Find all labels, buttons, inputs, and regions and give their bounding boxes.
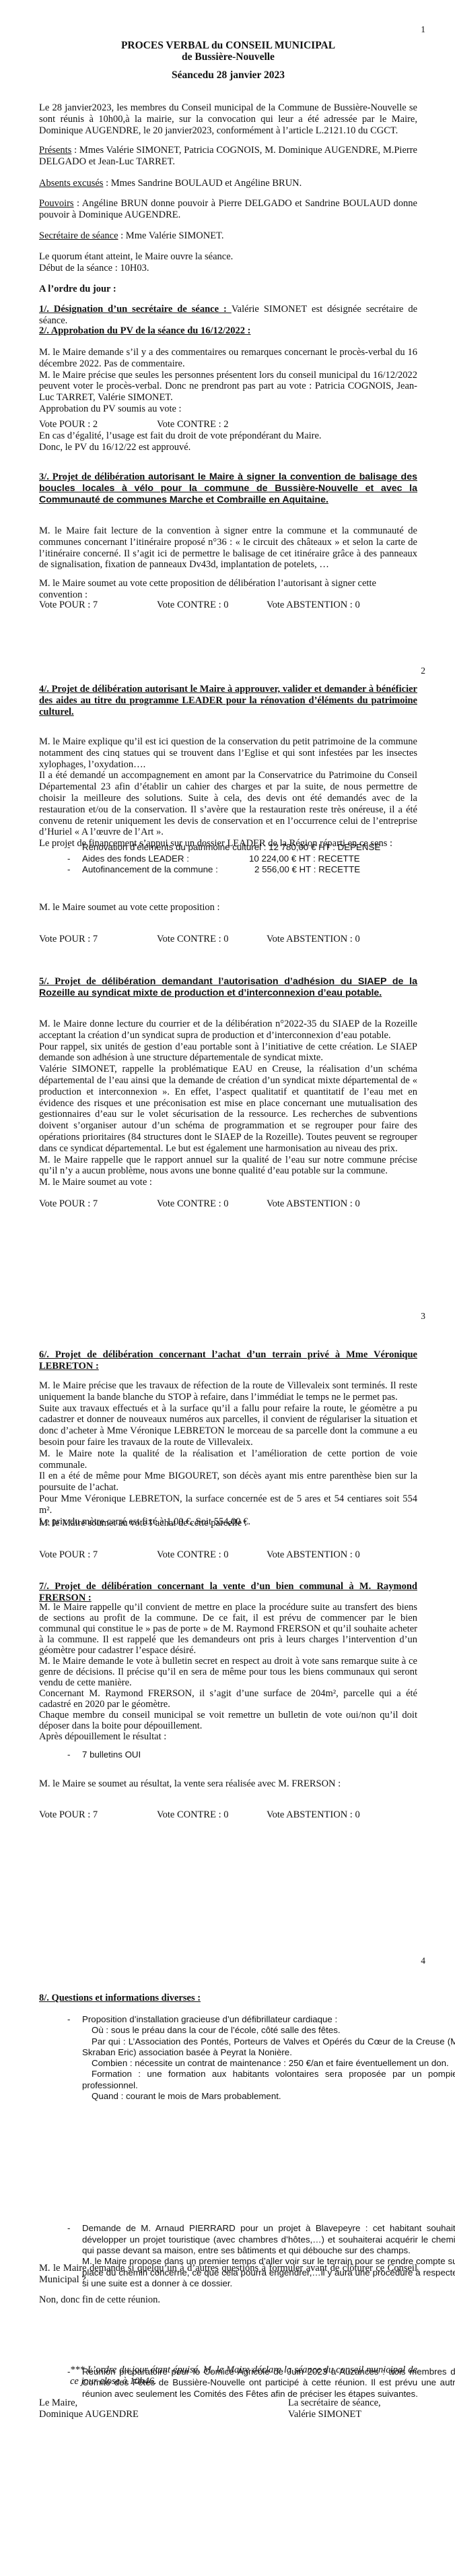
budget-item-label: Aides des fonds LEADER : [82, 854, 189, 864]
signature-maire: Le Maire, Dominique AUGENDRE [39, 2397, 241, 2420]
section-7-p4: Chaque membre du conseil municipal se vo… [39, 1710, 417, 1731]
section-4-body: M. le Maire explique qu’il est ici quest… [39, 736, 417, 849]
section-7-title: 7/. Projet de délibération concernant la… [39, 1581, 417, 1604]
section-5-p3: Valérie SIMONET, rappelle la problématiq… [39, 1064, 417, 1154]
section-6-p3: M. le Maire note la qualité de la réalis… [39, 1448, 417, 1471]
section-6-title: 6/. Projet de délibération concernant l’… [39, 1349, 417, 1372]
ballot-result-text: 7 bulletins OUI [82, 1749, 141, 1760]
budget-item-value: : DEPENSE [332, 842, 380, 852]
section-4-p2: Il a été demandé un accompagnement en am… [39, 770, 417, 838]
section-5-p4: M. le Maire rappelle que le rapport annu… [39, 1155, 417, 1178]
defibrillator-intro: Proposition d’installation gracieuse d’u… [82, 2014, 455, 2025]
page-number: 2 [404, 666, 425, 677]
vote-contre: Vote CONTRE : 0 [157, 600, 267, 611]
section-5-p5: M. le Maire soumet au vote : [39, 1177, 417, 1188]
page-number: 3 [404, 1311, 425, 1322]
vote-abstention: Vote ABSTENTION : 0 [267, 1809, 360, 1821]
closing-question: M. le Maire demande si quelqu’un à d’aut… [39, 2263, 417, 2286]
section-5-p1: M. le Maire donne lecture du courrier et… [39, 1019, 417, 1041]
signature-maire-label: Le Maire, [39, 2397, 241, 2409]
vote-pour: Vote POUR : 7 [39, 934, 157, 945]
document-title-line1: PROCES VERBAL du CONSEIL MUNICIPAL [39, 40, 417, 52]
section-4-p1: M. le Maire explique qu’il est ici quest… [39, 736, 417, 770]
dash-bullet-icon: - [67, 854, 70, 865]
vote-row-section-6: Vote POUR : 7Vote CONTRE : 0Vote ABSTENT… [39, 1549, 417, 1561]
dash-bullet-icon: - [67, 2223, 70, 2234]
section-7-p3: Concernant M. Raymond FRERSON, il s’agit… [39, 1688, 417, 1710]
defibrillator-ou: Où : sous le préau dans la cour de l’éco… [82, 2025, 455, 2036]
section-5-p2: Pour rappel, six unités de gestion d’eau… [39, 1041, 417, 1064]
section-6-body: M. le Maire précise que les travaux de r… [39, 1380, 417, 1527]
absents-text: : Mmes Sandrine BOULAUD et Angéline BRUN… [103, 178, 302, 189]
budget-item-label: Rénovation d’éléments du patrimoine cult… [82, 842, 330, 852]
defibrillator-par-qui: Par qui : L’Association des Pontés, Port… [82, 2036, 455, 2059]
vote-pour: Vote POUR : 7 [39, 600, 157, 611]
section-2-p1: M. le Maire demande s’il y a des comment… [39, 347, 417, 370]
defibrillator-combien: Combien : nécessite un contrat de mainte… [82, 2058, 455, 2069]
signature-secretaire: La secrétaire de séance, Valérie SIMONET [288, 2397, 443, 2420]
vote-row-section-3: Vote POUR : 7Vote CONTRE : 0Vote ABSTENT… [39, 600, 417, 611]
section-8-title: 8/. Questions et informations diverses : [39, 1993, 417, 2004]
secretaire-text: : Mme Valérie SIMONET. [118, 230, 224, 241]
section-7-p2: M. le Maire demande le vote à bulletin s… [39, 1656, 417, 1688]
signature-secretaire-name: Valérie SIMONET [288, 2409, 443, 2420]
vote-pour: Vote POUR : 7 [39, 1198, 157, 1210]
section-1-title: 1/. Désignation d’un secrétaire de séanc… [39, 304, 232, 315]
document: 1 2 3 4 PROCES VERBAL du CONSEIL MUNICIP… [0, 0, 455, 2576]
section-2-title: 2/. Approbation du PV de la séance du 16… [39, 325, 417, 337]
section-3-title: 3/. Projet de délibération autorisant le… [39, 472, 417, 505]
absents-label: Absents excusés [39, 178, 103, 189]
vote-contre: Vote CONTRE : 2 [157, 419, 267, 430]
section-2-result: En cas d’égalité, l’usage est fait du dr… [39, 430, 417, 453]
intro-paragraph: Le 28 janvier2023, les membres du Consei… [39, 102, 417, 136]
pouvoirs-label: Pouvoirs [39, 198, 74, 209]
vote-abstention: Vote ABSTENTION : 0 [267, 600, 360, 611]
section-6-p1: M. le Maire précise que les travaux de r… [39, 1380, 417, 1403]
dash-bullet-icon: - [67, 2014, 70, 2025]
presents-label: Présents [39, 145, 71, 156]
document-title-line2: de Bussière-Nouvelle [39, 52, 417, 63]
section-5-title: 5/. Projet de délibération demandant l’a… [39, 976, 417, 999]
vote-abstention: Vote ABSTENTION : 0 [267, 1549, 360, 1561]
budget-item-value: 2 556,00 € HT : RECETTE [254, 864, 360, 876]
defibrillator-bullet: - Proposition d’installation gracieuse d… [39, 2014, 455, 2102]
budget-item: -Rénovation d’éléments du patrimoine cul… [39, 842, 417, 854]
section-6-p2: Suite aux travaux effectués et à la surf… [39, 1403, 417, 1448]
section-7-p1: M. le Maire rappelle qu’il convient de m… [39, 1602, 417, 1656]
page-number: 4 [404, 1956, 425, 1967]
dash-bullet-icon: - [67, 864, 70, 876]
ordre-du-jour-heading: A l’ordre du jour : [39, 284, 417, 295]
page-number: 1 [404, 24, 425, 36]
section-6-p4: Il en a été de même pour Mme BIGOURET, s… [39, 1471, 417, 1493]
section-7-body: M. le Maire rappelle qu’il convient de m… [39, 1602, 417, 1742]
budget-item-value: 10 224,00 € HT : RECETTE [249, 854, 360, 865]
vote-row-section-4: Vote POUR : 7Vote CONTRE : 0Vote ABSTENT… [39, 934, 417, 945]
presents-line: Présents : Mmes Valérie SIMONET, Patrici… [39, 145, 417, 168]
vote-contre: Vote CONTRE : 0 [157, 1549, 267, 1561]
vote-contre: Vote CONTRE : 0 [157, 1809, 267, 1821]
section-2-p3: Approbation du PV soumis au vote : [39, 404, 417, 415]
absents-line: Absents excusés : Mmes Sandrine BOULAUD … [39, 178, 417, 189]
section-6-p5: Pour Mme Véronique LEBRETON, la surface … [39, 1493, 417, 1516]
pouvoirs-line: Pouvoirs : Angéline BRUN donne pouvoir à… [39, 198, 417, 221]
section-5-title-lead: 5/. Projet de [39, 976, 102, 987]
dash-bullet-icon: - [67, 1749, 70, 1761]
presents-text: : Mmes Valérie SIMONET, Patricia COGNOIS… [39, 145, 417, 167]
section-1: 1/. Désignation d’un secrétaire de séanc… [39, 304, 417, 327]
vote-contre: Vote CONTRE : 0 [157, 934, 267, 945]
vote-pour: Vote POUR : 7 [39, 1549, 157, 1561]
ballot-result-item: -7 bulletins OUI [39, 1749, 417, 1761]
quorum-line: Le quorum étant atteint, le Maire ouvre … [39, 251, 417, 263]
vote-abstention: Vote ABSTENTION : 0 [267, 934, 360, 945]
debut-line: Début de la séance : 10H03. [39, 263, 417, 274]
section-7-p5: Après dépouillement le résultat : [39, 1731, 417, 1742]
budget-item: -Aides des fonds LEADER :10 224,00 € HT … [39, 854, 417, 865]
closing-non: Non, donc fin de cette réunion. [39, 2294, 417, 2306]
egalite-line: En cas d’égalité, l’usage est fait du dr… [39, 430, 417, 442]
defibrillator-formation: Formation : une formation aux habitants … [82, 2069, 455, 2091]
leader-budget-list: -Rénovation d’éléments du patrimoine cul… [39, 842, 417, 876]
section-7-resultat: M. le Maire se soumet au résultat, la ve… [39, 1778, 417, 1790]
section-3-title-lead: 3/. Projet de délibération [39, 472, 148, 482]
secretaire-line: Secrétaire de séance : Mme Valérie SIMON… [39, 230, 417, 242]
approuve-line: Donc, le PV du 16/12/22 est approuvé. [39, 442, 417, 453]
vote-row-section-7: Vote POUR : 7Vote CONTRE : 0Vote ABSTENT… [39, 1809, 417, 1821]
closing-statement: *** L’ordre du jour étant épuisé, M. le … [70, 2364, 417, 2387]
signature-maire-name: Dominique AUGENDRE [39, 2409, 241, 2420]
document-title: PROCES VERBAL du CONSEIL MUNICIPAL de Bu… [39, 40, 417, 63]
section-4-title: 4/. Projet de délibération autorisant le… [39, 684, 417, 717]
section-6-soumet: M. le Maire soumet au vote l’achat de ce… [39, 1518, 417, 1529]
section-3-p1: M. le Maire fait lecture de la conventio… [39, 525, 417, 571]
session-date: Séancedu 28 janvier 2023 [39, 70, 417, 82]
section-2-body: M. le Maire demande s’il y a des comment… [39, 347, 417, 415]
pouvoirs-text: : Angéline BRUN donne pouvoir à Pierre D… [39, 198, 417, 220]
defibrillator-quand: Quand : courant le mois de Mars probable… [82, 2091, 455, 2102]
vote-pour: Vote POUR : 7 [39, 1809, 157, 1821]
section-3-soumet: M. le Maire soumet au vote cette proposi… [39, 578, 417, 601]
pierrard-p1: Demande de M. Arnaud PIERRARD pour un pr… [82, 2223, 455, 2256]
budget-item-label: Autofinancement de la commune : [82, 864, 218, 874]
secretaire-label: Secrétaire de séance [39, 230, 118, 241]
vote-contre: Vote CONTRE : 0 [157, 1198, 267, 1210]
section-5-body: M. le Maire donne lecture du courrier et… [39, 1019, 417, 1188]
vote-row-section-5: Vote POUR : 7Vote CONTRE : 0Vote ABSTENT… [39, 1198, 417, 1210]
quorum-block: Le quorum étant atteint, le Maire ouvre … [39, 251, 417, 274]
section-2-p2: M. le Maire précise que seules les perso… [39, 370, 417, 404]
vote-pour: Vote POUR : 2 [39, 419, 157, 430]
vote-row-section-2: Vote POUR : 2Vote CONTRE : 2 [39, 419, 417, 430]
section-4-soumet: M. le Maire soumet au vote cette proposi… [39, 902, 417, 913]
budget-item: -Autofinancement de la commune :2 556,00… [39, 864, 417, 876]
ballot-result-list: -7 bulletins OUI [39, 1749, 417, 1761]
signature-secretaire-label: La secrétaire de séance, [288, 2397, 443, 2409]
vote-abstention: Vote ABSTENTION : 0 [267, 1198, 360, 1210]
dash-bullet-icon: - [67, 842, 70, 854]
